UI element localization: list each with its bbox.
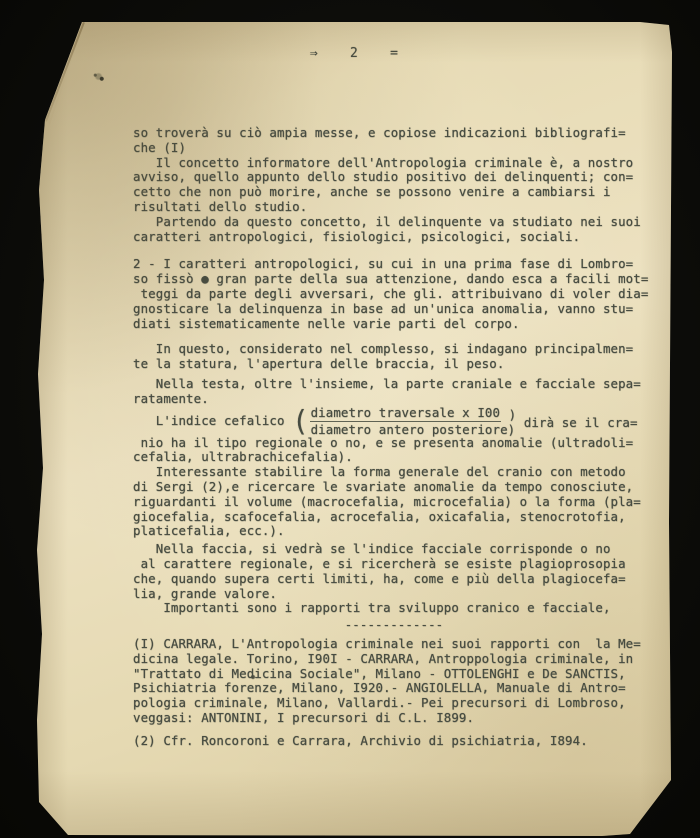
paragraph-anthropological-characters: 2 - I caratteri antropologici, su cui in… bbox=[133, 257, 655, 331]
text-line: Interessante stabilire la forma generale… bbox=[133, 465, 655, 480]
paragraph-head: Nella testa, oltre l'insieme, la parte c… bbox=[133, 377, 655, 465]
footnote-1: (I) CARRARA, L'Antropologia criminale ne… bbox=[133, 637, 655, 726]
numerator-close-paren: ) bbox=[501, 408, 516, 422]
text-line: so fissò ● gran parte della sua attenzio… bbox=[133, 272, 655, 287]
scanned-page: ⇒ 2 = so troverà su ciò ampia messe, e c… bbox=[36, 22, 672, 836]
cephalic-index-formula: L'indice cefalico (diametro traversale x… bbox=[133, 407, 655, 436]
text-line: di Sergi (2),e ricercare le svariate ano… bbox=[133, 480, 655, 495]
text-line: che, quando supera certi limiti, ha, com… bbox=[133, 572, 655, 587]
paragraph-skull-shape: Interessante stabilire la forma generale… bbox=[133, 465, 655, 539]
text-line: che (I) bbox=[133, 141, 655, 156]
text-line: nio ha il tipo regionale o no, e se pres… bbox=[133, 436, 655, 451]
formula-suffix: dirà se il cra= bbox=[516, 413, 637, 430]
paragraph-stature: In questo, considerato nel complesso, si… bbox=[133, 342, 655, 372]
text-line: Partendo da questo concetto, il delinque… bbox=[133, 215, 655, 230]
fraction-denominator: diametro antero posteriore) bbox=[310, 422, 517, 437]
open-paren: ( bbox=[292, 407, 309, 435]
text-line: Il concetto informatore dell'Antropologi… bbox=[133, 156, 655, 171]
text-line: gnosticare la delinquenza in base ad un'… bbox=[133, 302, 655, 317]
text-line: giocefalia, scafocefalia, acrocefalia, o… bbox=[133, 510, 655, 525]
text-line: dicina legale. Torino, I90I - CARRARA, A… bbox=[133, 652, 655, 667]
text-line: Psichiatria forenze, Milano, I920.- ANGI… bbox=[133, 681, 655, 696]
paragraph-head-post: nio ha il tipo regionale o no, e se pres… bbox=[133, 436, 655, 466]
text-line: Importanti sono i rapporti tra sviluppo … bbox=[133, 601, 655, 616]
formula-prefix: L'indice cefalico bbox=[133, 414, 292, 428]
paragraph-head-pre: Nella testa, oltre l'insieme, la parte c… bbox=[133, 377, 655, 407]
paragraph-face: Nella faccia, si vedrà se l'indice facci… bbox=[133, 542, 655, 616]
text-line: cefalia, ultrabrachicefalia). bbox=[133, 450, 655, 465]
text-line: cetto che non può morire, anche se posso… bbox=[133, 185, 655, 200]
fold-crease-line bbox=[45, 22, 85, 122]
fraction: diametro traversale x I00 )diametro ante… bbox=[310, 406, 517, 436]
text-line: "Trattato di Medicina Sociale", Milano -… bbox=[133, 667, 655, 682]
text-line: veggasi: ANTONINI, I precursori di C.L. … bbox=[133, 711, 655, 726]
text-line: al carattere regionale, e si ricercherà … bbox=[133, 557, 655, 572]
text-line: te la statura, l'apertura delle braccia,… bbox=[133, 357, 655, 372]
fraction-numerator: diametro traversale x I00 bbox=[310, 406, 502, 422]
text-line: (2) Cfr. Roncoroni e Carrara, Archivio d… bbox=[133, 734, 655, 749]
text-line: risultati dello studio. bbox=[133, 200, 655, 215]
text-line: (I) CARRARA, L'Antropologia criminale ne… bbox=[133, 637, 655, 652]
text-line: avviso, quello appunto dello studio posi… bbox=[133, 170, 655, 185]
footnote-2: (2) Cfr. Roncoroni e Carrara, Archivio d… bbox=[133, 734, 655, 749]
text-line: Nella faccia, si vedrà se l'indice facci… bbox=[133, 542, 655, 557]
text-line: diati sistematicamente nelle varie parti… bbox=[133, 317, 655, 332]
text-line: riguardanti il volume (macrocefalia, mic… bbox=[133, 495, 655, 510]
text-line: Nella testa, oltre l'insieme, la parte c… bbox=[133, 377, 655, 392]
typewritten-text-block: so troverà su ciò ampia messe, e copiose… bbox=[133, 22, 655, 748]
text-line: 2 - I caratteri antropologici, su cui in… bbox=[133, 257, 655, 272]
paragraph-intro: so troverà su ciò ampia messe, e copiose… bbox=[133, 126, 655, 244]
ink-speck bbox=[92, 72, 105, 81]
text-line: caratteri antropologici, fisiologici, ps… bbox=[133, 230, 655, 245]
text-line: lia, grande valore. bbox=[133, 587, 655, 602]
text-line: teggi da parte degli avversari, che gli.… bbox=[133, 287, 655, 302]
text-line: pologia criminale, Milano, Vallardi.- Pe… bbox=[133, 696, 655, 711]
text-line: In questo, considerato nel complesso, si… bbox=[133, 342, 655, 357]
footnote-separator: ------------- bbox=[133, 618, 655, 633]
text-line: platicefalia, ecc.). bbox=[133, 524, 655, 539]
text-line: so troverà su ciò ampia messe, e copiose… bbox=[133, 126, 655, 141]
